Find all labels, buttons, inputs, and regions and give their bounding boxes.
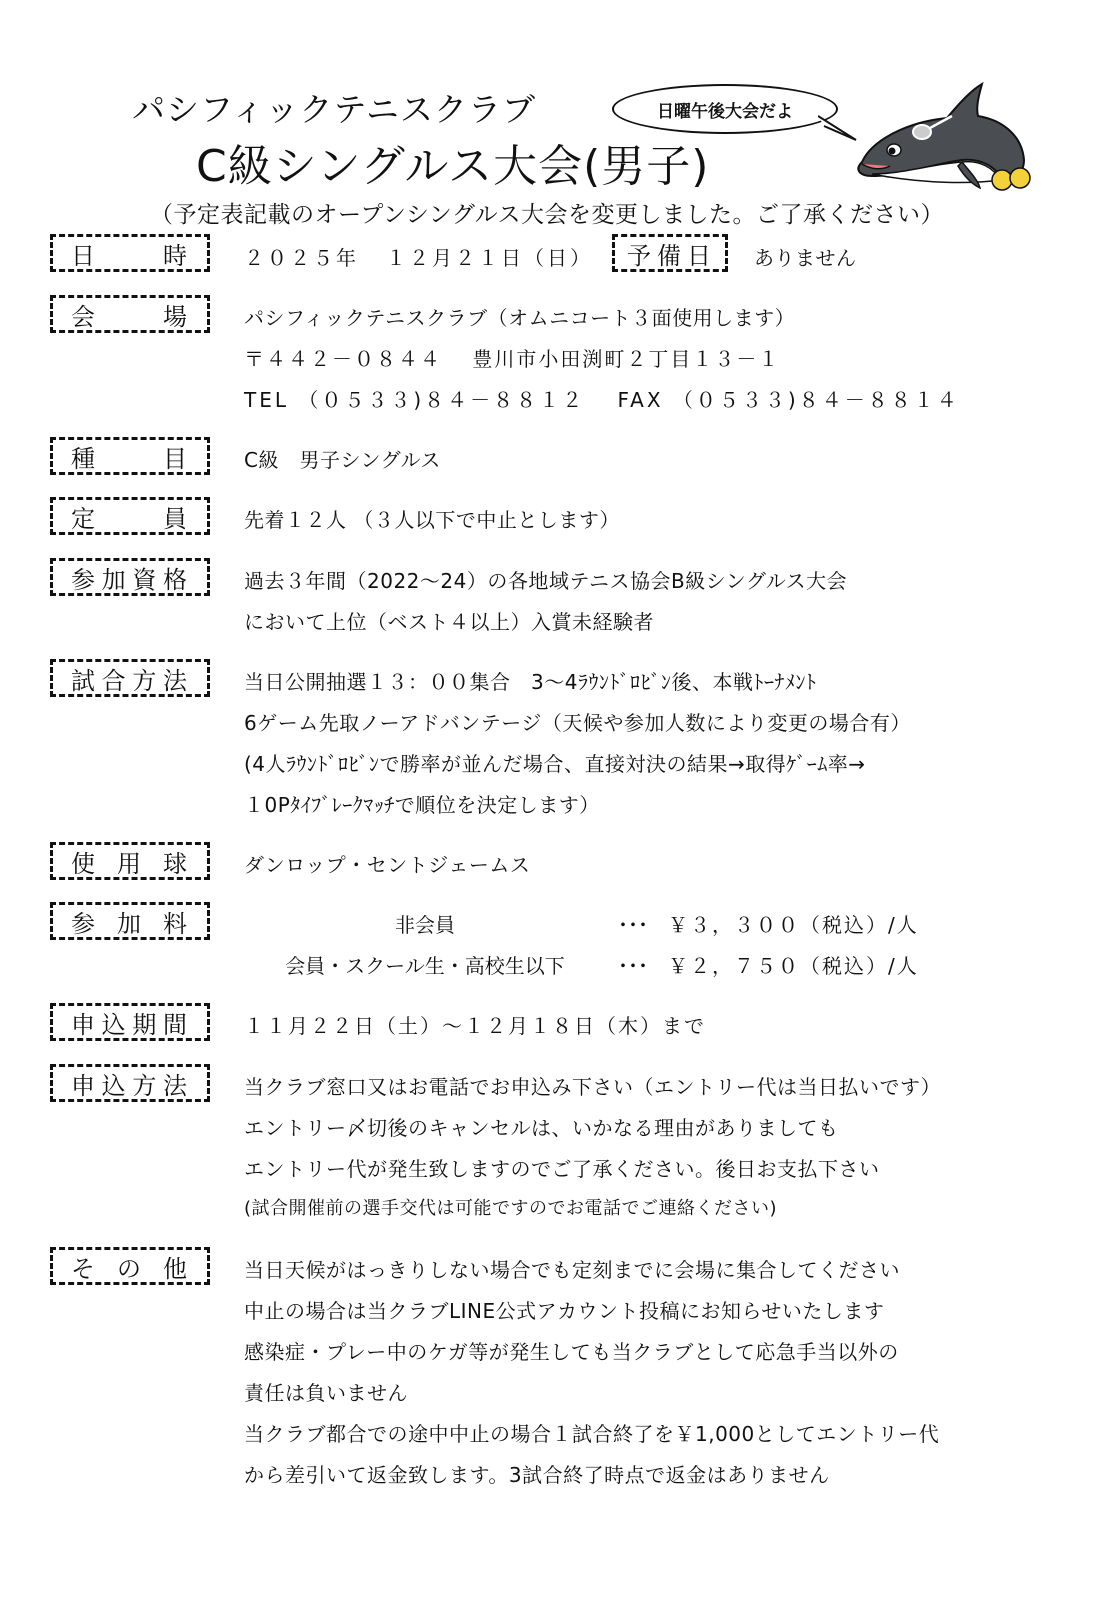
speech-bubble: 日曜午後大会だよ: [612, 84, 838, 134]
fee-price-nonmember: ￥３，３００（税込）/人: [668, 909, 919, 938]
label-char: の: [117, 1249, 143, 1284]
label-char: 他: [163, 1249, 189, 1284]
label-char: 場: [163, 297, 189, 332]
label-char: そ: [71, 1249, 97, 1284]
label-capacity: 定員: [50, 497, 210, 535]
label-char: 目: [163, 439, 189, 474]
match-format-line-4: １0Pﾀｲﾌﾞﾚｰｸﾏｯﾁで順位を決定します）: [244, 789, 600, 818]
label-char: 資: [132, 560, 158, 595]
label-other: その他: [50, 1247, 210, 1285]
other-line-4: 責任は負いません: [244, 1377, 408, 1406]
fee-category-nonmember: 非会員: [260, 909, 590, 938]
label-char: 参: [71, 904, 97, 939]
application-method-line-4: (試合開催前の選手交代は可能ですのでお電話でご連絡ください): [244, 1194, 777, 1220]
other-line-3: 感染症・プレー中のケガ等が発生しても当クラブとして応急手当以外の: [244, 1336, 899, 1365]
label-venue: 会場: [50, 295, 210, 333]
label-reserve-day: 予備日: [612, 234, 728, 272]
schedule-change-notice: （予定表記載のオープンシングルス大会を変更しました。ご了承ください）: [150, 196, 944, 229]
label-char: 方: [132, 1066, 158, 1101]
label-char: 加: [117, 904, 143, 939]
label-char: 予: [627, 236, 653, 271]
label-char: 日: [687, 236, 713, 271]
label-char: 込: [102, 1066, 128, 1101]
label-char: 法: [163, 661, 189, 696]
label-char: 申: [71, 1005, 97, 1040]
reserve-day-value: ありません: [754, 242, 857, 271]
label-char: 球: [163, 844, 189, 879]
label-eligibility: 参加資格: [50, 558, 210, 596]
label-char: 備: [657, 236, 683, 271]
match-format-line-3: (4人ﾗｳﾝﾄﾞﾛﾋﾞﾝで勝率が並んだ場合、直接対決の結果→取得ｹﾞｰﾑ率→: [244, 748, 866, 777]
label-char: 法: [163, 1066, 189, 1101]
application-method-line-3: エントリー代が発生致しますのでご了承ください。後日お支払下さい: [244, 1153, 880, 1182]
dolphin-mascot-icon: [852, 80, 1037, 192]
label-char: 参: [71, 560, 97, 595]
eligibility-line-1: 過去３年間（2022～24）の各地域テニス協会B級シングルス大会: [244, 565, 847, 594]
match-format-line-2: 6ゲーム先取ノーアドバンテージ（天候や参加人数により変更の場合有）: [244, 707, 911, 736]
application-period-value: １１月２２日（土）～１２月１８日（木）まで: [244, 1010, 706, 1039]
label-char: 時: [163, 236, 189, 271]
label-category: 種目: [50, 437, 210, 475]
label-application-period: 申込期間: [50, 1003, 210, 1041]
other-line-5: 当クラブ都合での途中中止の場合１試合終了を￥1,000としてエントリー代: [244, 1418, 939, 1447]
label-char: 間: [163, 1005, 189, 1040]
label-char: 日: [71, 236, 97, 271]
label-char: 料: [163, 904, 189, 939]
category-value: C級 男子シングルス: [244, 444, 441, 473]
ball-value: ダンロップ・セントジェームス: [244, 849, 530, 878]
other-line-6: から差引いて返金致します。3試合終了時点で返金はありません: [244, 1459, 830, 1488]
label-match-format: 試合方法: [50, 659, 210, 697]
venue-address: 〒４４２－０８４４ 豊川市小田渕町２丁目１３－１: [244, 343, 780, 372]
label-char: 試: [71, 661, 97, 696]
label-char: 格: [163, 560, 189, 595]
event-date: １２月２１日（日）: [386, 242, 593, 271]
eligibility-line-2: において上位（ベスト４以上）入賞未経験者: [244, 606, 654, 635]
fee-dots: ･･･: [618, 909, 648, 938]
label-char: 込: [102, 1005, 128, 1040]
match-format-line-1: 当日公開抽選１３：００集合 3～4ﾗｳﾝﾄﾞﾛﾋﾞﾝ後、本戦ﾄｰﾅﾒﾝﾄ: [244, 666, 816, 695]
label-char: 会: [71, 297, 97, 332]
application-method-line-1: 当クラブ窓口又はお電話でお申込み下さい（エントリー代は当日払いです）: [244, 1071, 941, 1100]
label-application-method: 申込方法: [50, 1064, 210, 1102]
venue-phone-fax: TEL （０５３３)８４－８８１２ FAX （０５３３)８４－８８１４: [244, 384, 960, 413]
other-line-2: 中止の場合は当クラブLINE公式アカウント投稿にお知らせいたします: [244, 1295, 884, 1324]
label-char: 用: [117, 844, 143, 879]
event-year: ２０２５年: [244, 242, 359, 271]
label-char: 申: [71, 1066, 97, 1101]
label-char: 使: [71, 844, 97, 879]
club-name: パシフィックテニスクラブ: [132, 84, 536, 131]
application-method-line-2: エントリー〆切後のキャンセルは、いかなる理由がありましても: [244, 1112, 839, 1141]
capacity-value: 先着１２人 （３人以下で中止とします）: [244, 504, 620, 533]
fee-category-member: 会員・スクール生・高校生以下: [260, 950, 590, 979]
event-title: C級シングルス大会(男子): [196, 130, 709, 194]
speech-bubble-text: 日曜午後大会だよ: [657, 97, 793, 122]
label-char: 加: [102, 560, 128, 595]
label-datetime: 日時: [50, 234, 210, 272]
label-char: 方: [132, 661, 158, 696]
venue-name: パシフィックテニスクラブ（オムニコート３面使用します）: [244, 302, 795, 331]
other-line-1: 当日天候がはっきりしない場合でも定刻までに会場に集合してください: [244, 1254, 900, 1283]
label-fee: 参加料: [50, 902, 210, 940]
label-char: 期: [132, 1005, 158, 1040]
fee-price-member: ￥２，７５０（税込）/人: [668, 950, 919, 979]
label-char: 種: [71, 439, 97, 474]
label-char: 合: [102, 661, 128, 696]
label-char: 定: [71, 499, 97, 534]
label-char: 員: [163, 499, 189, 534]
fee-dots: ･･･: [618, 950, 648, 979]
label-ball: 使用球: [50, 842, 210, 880]
